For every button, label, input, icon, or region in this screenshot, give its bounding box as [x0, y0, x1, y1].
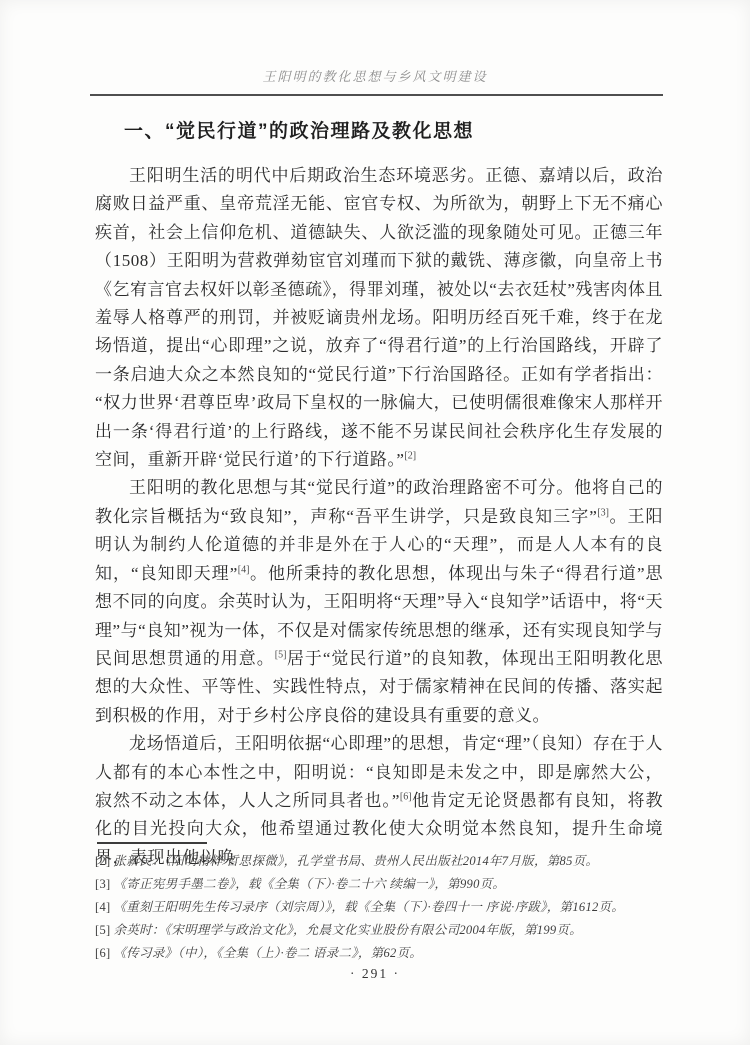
- body-text: 王阳明生活的明代中后期政治生态环境恶劣。正德、嘉靖以后，政治腐败日益严重、皇帝荒…: [95, 162, 663, 872]
- paragraph: 王阳明生活的明代中后期政治生态环境恶劣。正德、嘉靖以后，政治腐败日益严重、皇帝荒…: [95, 162, 663, 474]
- section-heading: 一、“觉民行道”的政治理路及教化思想: [124, 116, 474, 143]
- footnote-divider: [97, 842, 207, 844]
- footnote-item: [4]《重刻王阳明先生传习录序（刘宗周）》，载《全集（下）·卷四十一 序说·序跋…: [95, 896, 669, 919]
- footnote-item: [2]张新民：《阳明精粹·哲思探微》，孔学堂书局、贵州人民出版社2014年7月版…: [95, 850, 669, 873]
- footnote-ref: [5]: [275, 649, 287, 660]
- footnote-marker: [6]: [95, 946, 110, 960]
- footnote-item: [6]《传习录》（中），《全集（上）·卷二 语录二》，第62页。: [95, 942, 669, 965]
- footnotes: [2]张新民：《阳明精粹·哲思探微》，孔学堂书局、贵州人民出版社2014年7月版…: [95, 850, 669, 965]
- paragraph: 王阳明的教化思想与其“觉民行道”的政治理路密不可分。他将自己的教化宗旨概括为“致…: [95, 474, 663, 730]
- footnote-ref: [3]: [597, 507, 609, 518]
- running-header-title: 王阳明的教化思想与乡风文明建设: [0, 66, 750, 85]
- header-rule: [90, 94, 663, 96]
- footnote-item: [3]《寄正宪男手墨二卷》，载《全集（下）·卷二十六 续编一》，第990页。: [95, 873, 669, 896]
- footnote-ref: [2]: [404, 450, 416, 461]
- footnote-ref: [6]: [400, 791, 412, 802]
- footnote-ref: [4]: [238, 564, 250, 575]
- page-number: · 291 ·: [0, 966, 750, 982]
- footnote-marker: [4]: [95, 900, 110, 914]
- footnote-marker: [2]: [95, 854, 110, 868]
- footnote-item: [5]余英时：《宋明理学与政治文化》，允晨文化实业股份有限公司2004年版，第1…: [95, 919, 669, 942]
- footnote-marker: [3]: [95, 877, 110, 891]
- document-page: 王阳明的教化思想与乡风文明建设 一、“觉民行道”的政治理路及教化思想 王阳明生活…: [0, 0, 750, 1045]
- footnote-marker: [5]: [95, 923, 110, 937]
